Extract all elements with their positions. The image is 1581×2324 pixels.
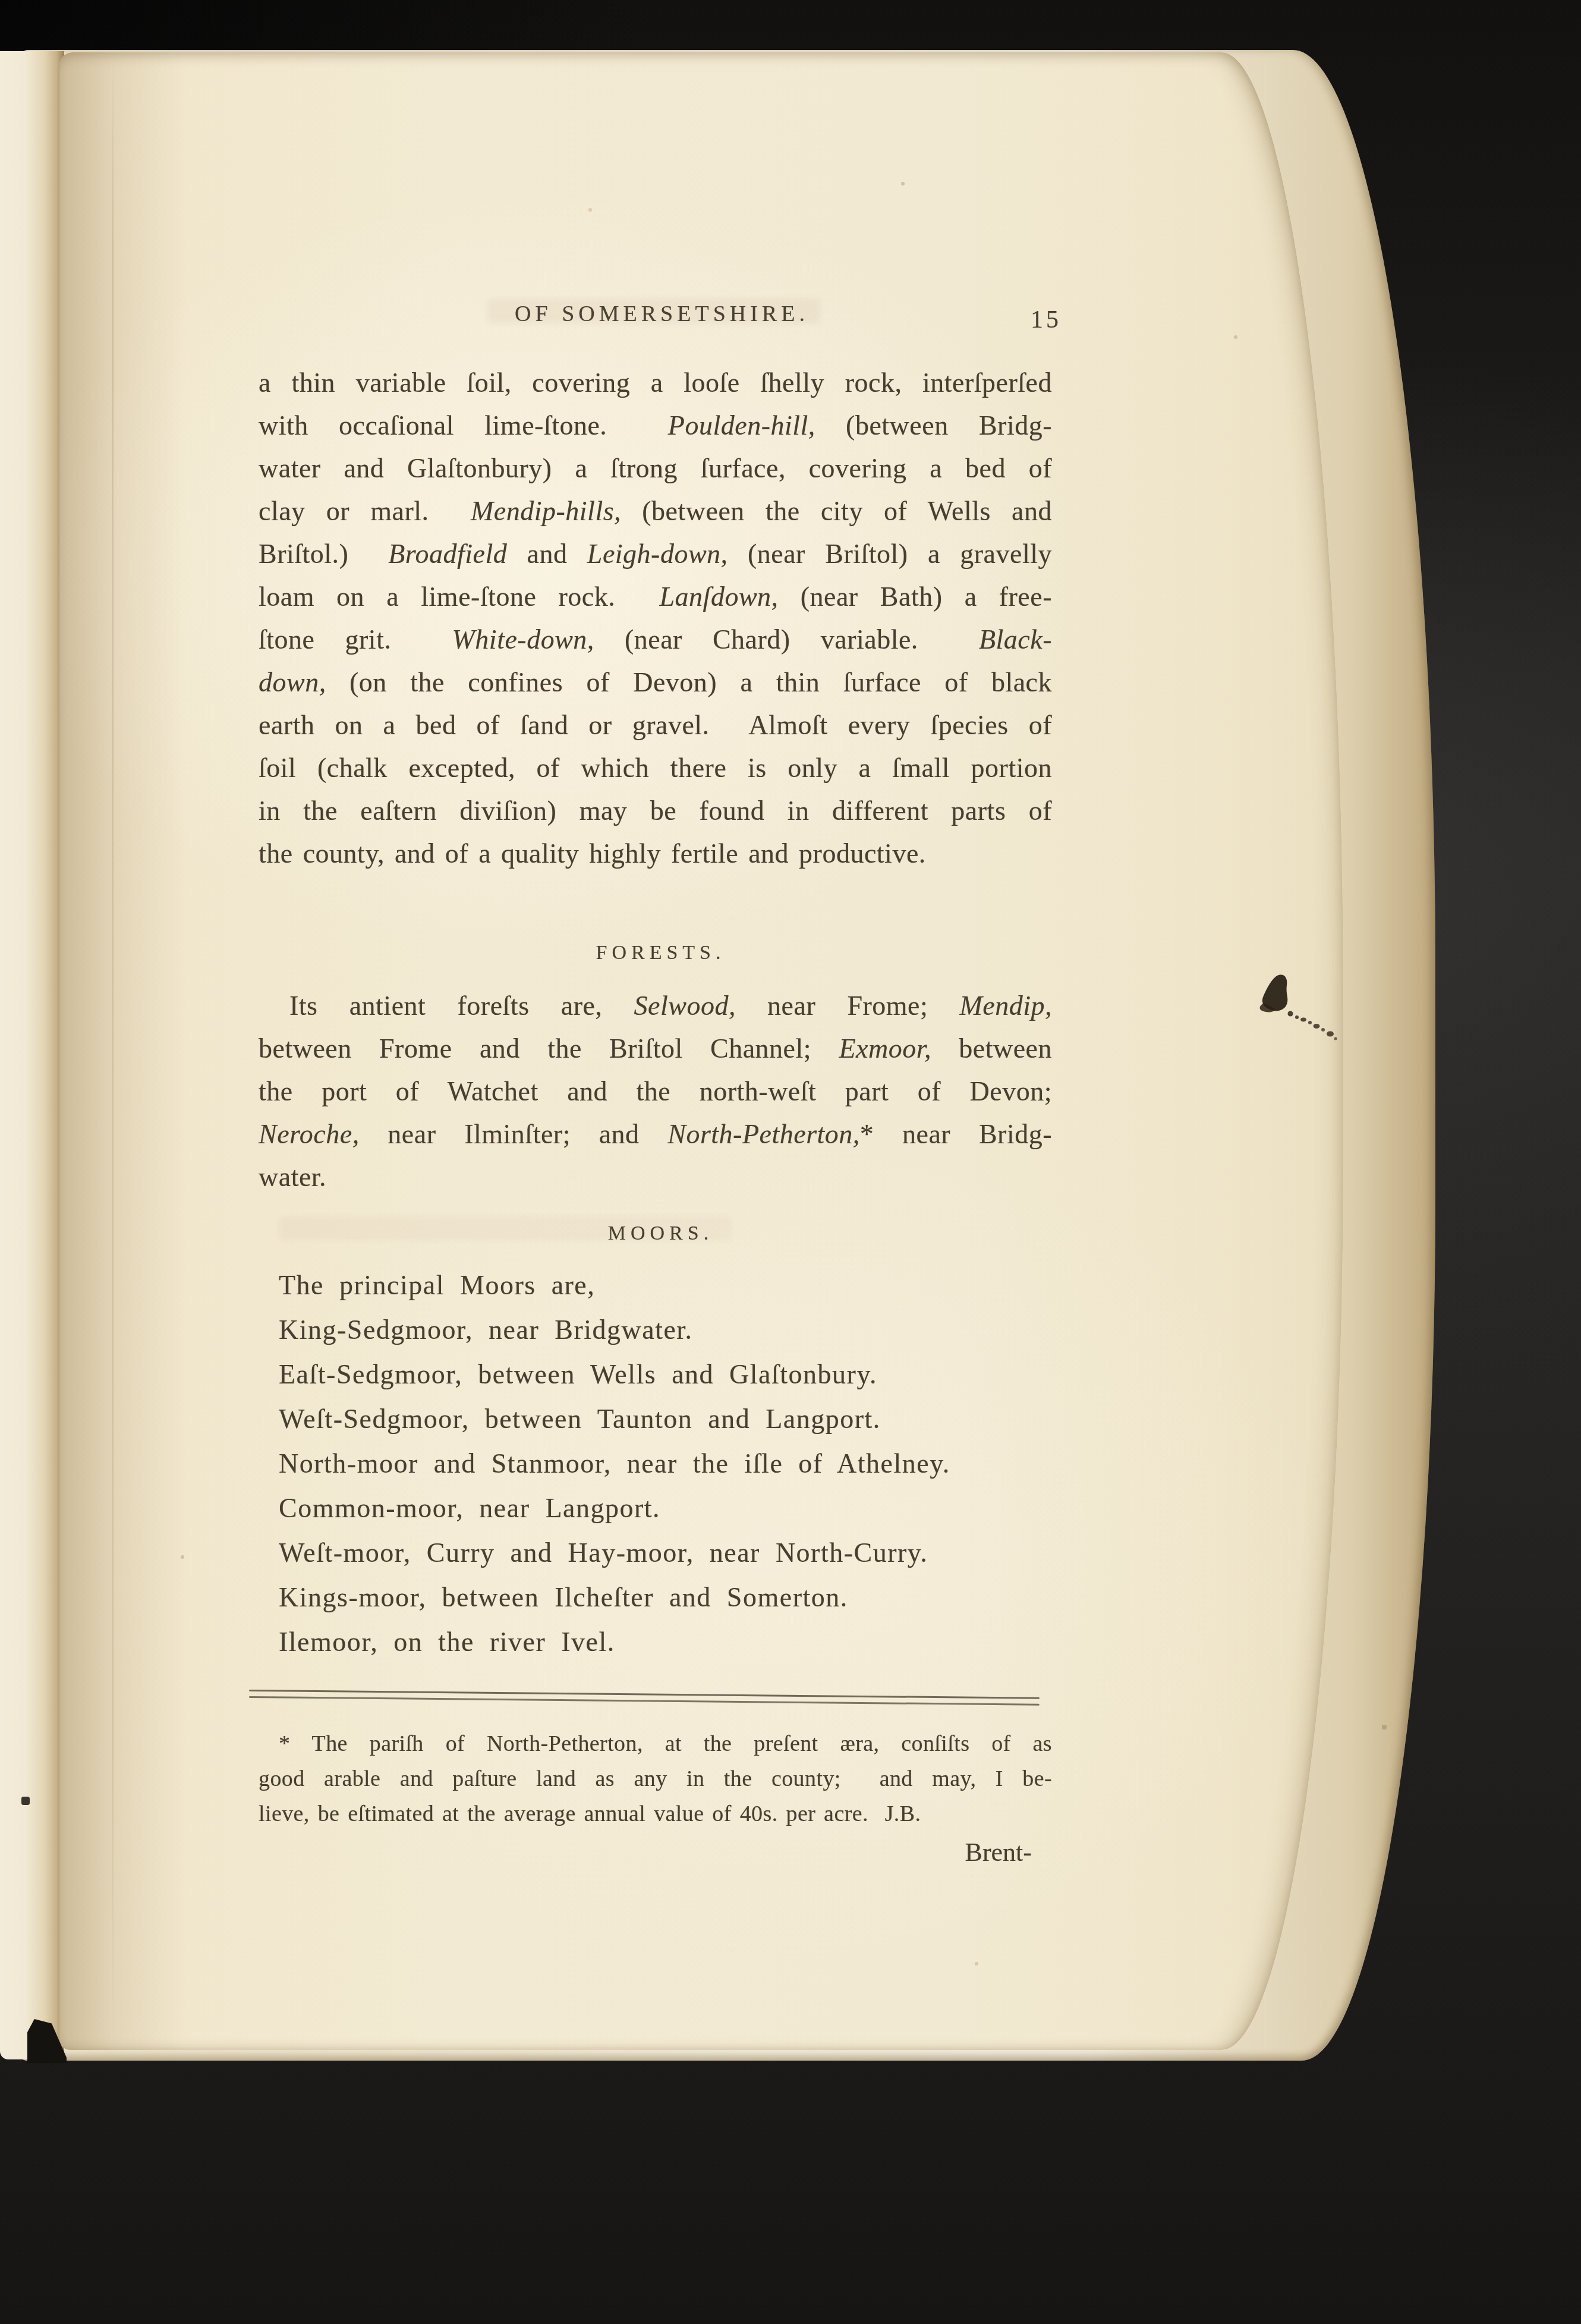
footnote-double-rule bbox=[249, 1690, 1040, 1706]
place-name-italic: Broadfield bbox=[388, 539, 507, 569]
place-name-italic: Poulden-hill, bbox=[668, 410, 815, 441]
moor-list-item: Kings-moor, between Ilcheſter and Somert… bbox=[279, 1575, 1052, 1619]
paragraph-line: Its antient foreſts are, Selwood, near F… bbox=[259, 985, 1052, 1027]
paragraph-line: Briſtol.) Broadfield and Leigh-down, (ne… bbox=[259, 533, 1052, 576]
running-header: OF SOMERSETSHIRE. 15 bbox=[259, 301, 1052, 338]
place-name-italic: Mendip, bbox=[960, 990, 1053, 1021]
text-segment: loam on a lime-ſtone rock. bbox=[259, 581, 660, 612]
footnote-line: * The pariſh of North-Petherton, at the … bbox=[259, 1727, 1052, 1762]
paragraph-line: clay or marl. Mendip-hills, (between the… bbox=[259, 490, 1052, 533]
place-name-italic: Neroche, bbox=[259, 1119, 360, 1149]
footnote-line: good arable and paſture land as any in t… bbox=[259, 1762, 1052, 1797]
paragraph-line: in the eaſtern diviſion) may be found in… bbox=[259, 790, 1052, 832]
paragraph-line: the port of Watchet and the north-weſt p… bbox=[259, 1070, 1052, 1113]
catchword-row: Brent- bbox=[259, 1837, 1052, 1867]
moor-list-item: Weſt-moor, Curry and Hay-moor, near Nort… bbox=[279, 1530, 1052, 1575]
moor-list-item: Eaſt-Sedgmoor, between Wells and Glaſton… bbox=[279, 1352, 1052, 1397]
place-name-italic: White-down, bbox=[452, 624, 594, 655]
paragraph-line: water and Glaſtonbury) a ſtrong ſurface,… bbox=[259, 447, 1052, 490]
paragraph-line: the county, and of a quality highly fert… bbox=[259, 832, 1052, 875]
moors-heading: MOORS. bbox=[259, 1222, 1052, 1245]
paragraph-line: Neroche, near Ilminſter; and North-Pethe… bbox=[259, 1113, 1052, 1156]
gutter-crease bbox=[112, 52, 114, 2050]
text-segment: * near Bridg- bbox=[860, 1119, 1052, 1149]
text-segment: (on the confines of Devon) a thin ſurfac… bbox=[326, 667, 1052, 697]
text-segment: (between the city of Wells and bbox=[621, 496, 1052, 526]
moor-list-item: Common-moor, near Langport. bbox=[279, 1486, 1052, 1530]
place-name-italic: Leigh-down, bbox=[587, 539, 728, 569]
paragraph-line: with occaſional lime-ſtone. Poulden-hill… bbox=[259, 404, 1052, 447]
paragraph-line: loam on a lime-ſtone rock. Lanſdown, (ne… bbox=[259, 576, 1052, 618]
moor-list-item: Weſt-Sedgmoor, between Taunton and Langp… bbox=[279, 1397, 1052, 1441]
text-segment: near Ilminſter; and bbox=[360, 1119, 668, 1149]
place-name-italic: Black- bbox=[979, 624, 1052, 655]
place-name-italic: North-Petherton, bbox=[667, 1119, 860, 1149]
moor-list-item: King-Sedgmoor, near Bridgwater. bbox=[279, 1307, 1052, 1352]
running-title: OF SOMERSETSHIRE. bbox=[259, 301, 1052, 327]
text-segment: (near Bath) a free- bbox=[779, 581, 1052, 612]
moor-list-item: North-moor and Stanmoor, near the iſle o… bbox=[279, 1441, 1052, 1486]
place-name-italic: Mendip-hills, bbox=[471, 496, 621, 526]
gutter-shadow bbox=[59, 52, 184, 2050]
paper-specks bbox=[0, 0, 1, 1]
text-segment: Its antient foreſts are, bbox=[289, 990, 634, 1021]
catchword: Brent- bbox=[965, 1838, 1032, 1867]
place-name-italic: down, bbox=[259, 667, 326, 697]
text-segment: between Frome and the Briſtol Channel; bbox=[259, 1033, 839, 1064]
text-segment: Briſtol.) bbox=[259, 539, 388, 569]
text-segment: (near Briſtol) a gravelly bbox=[728, 539, 1052, 569]
paragraph-line: ſtone grit. White-down, (near Chard) var… bbox=[259, 618, 1052, 661]
place-name-italic: Selwood, bbox=[634, 990, 736, 1021]
moor-list-item: The principal Moors are, bbox=[279, 1263, 1052, 1307]
paragraph-line: earth on a bed of ſand or gravel. Almoſt… bbox=[259, 704, 1052, 747]
facing-page-gutter-edge bbox=[0, 51, 64, 2059]
place-name-italic: Exmoor, bbox=[839, 1033, 931, 1064]
text-segment: near Frome; bbox=[736, 990, 960, 1021]
text-segment: ſtone grit. bbox=[259, 624, 452, 655]
paragraph-line: water. bbox=[259, 1156, 1052, 1199]
place-name-italic: Lanſdown, bbox=[660, 581, 779, 612]
text-segment: clay or marl. bbox=[259, 496, 471, 526]
page-number: 15 bbox=[1031, 306, 1062, 334]
paragraph-line: between Frome and the Briſtol Channel; E… bbox=[259, 1027, 1052, 1070]
paragraph-line: a thin variable ſoil, covering a looſe ſ… bbox=[259, 361, 1052, 404]
footnote: * The pariſh of North-Petherton, at the … bbox=[259, 1727, 1052, 1832]
text-segment: (near Chard) variable. bbox=[594, 624, 979, 655]
ink-blot bbox=[1251, 972, 1352, 1055]
paragraph-soils: a thin variable ſoil, covering a looſe ſ… bbox=[259, 361, 1052, 875]
paragraph-forests: Its antient foreſts are, Selwood, near F… bbox=[259, 985, 1052, 1199]
page-text-block: OF SOMERSETSHIRE. 15 a thin variable ſoi… bbox=[259, 0, 1052, 2324]
paragraph-line: ſoil (chalk excepted, of which there is … bbox=[259, 747, 1052, 790]
forests-heading: FORESTS. bbox=[259, 942, 1052, 964]
text-segment: with occaſional lime-ſtone. bbox=[259, 410, 668, 441]
text-segment: (between Bridg- bbox=[815, 410, 1052, 441]
moor-list-item: Ilemoor, on the river Ivel. bbox=[279, 1619, 1052, 1664]
paragraph-line: down, (on the confines of Devon) a thin … bbox=[259, 661, 1052, 704]
text-segment: between bbox=[931, 1033, 1052, 1064]
moors-list: The principal Moors are, King-Sedgmoor, … bbox=[259, 1263, 1052, 1664]
footnote-line: lieve, be eſtimated at the average annua… bbox=[259, 1797, 1052, 1832]
photo-backdrop: OF SOMERSETSHIRE. 15 a thin variable ſoi… bbox=[0, 0, 1581, 2324]
text-segment: and bbox=[507, 539, 587, 569]
